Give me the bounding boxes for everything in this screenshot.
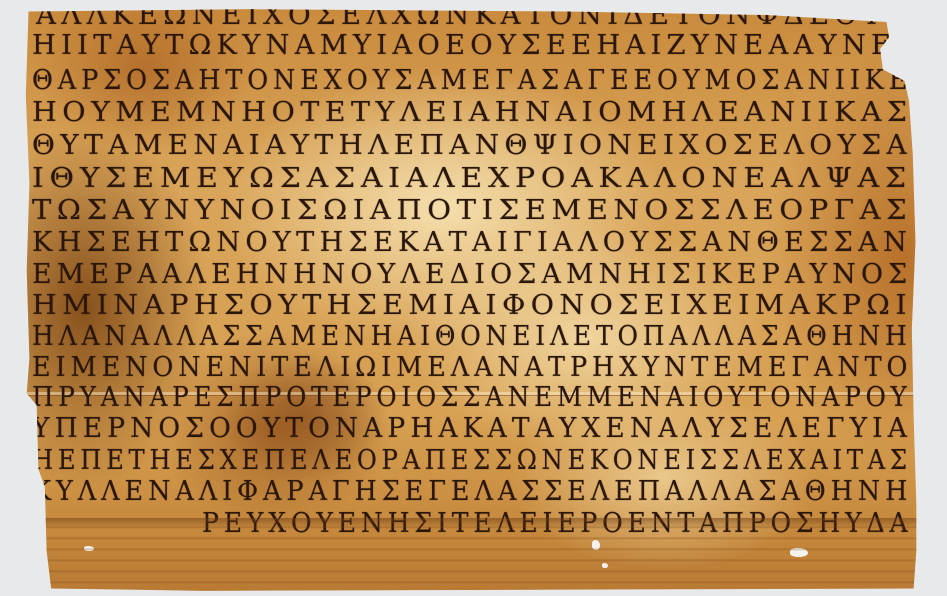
- text-line-7: ΤΩΣΑΥΝΥΝΟΙΣΩΙΑΠΟΤΙΣΕΜΕΝΟΣΣΛΕΟΡΓΑΣ: [32, 195, 912, 226]
- text-line-17: ΡΕΥΧΟΥΕΝΗΣΙΤΕΛΕΙΕΡΟΕΝΤΑΠΡΟΣΗΥΔΑ: [202, 508, 912, 539]
- text-line-6: ΙΘΥΣΕΜΕΥΩΣΑΣΑΙΑΛΕΧΡΟΑΚΑΛΟΝΕΑΛΨΑΣ: [32, 163, 912, 194]
- parchment-hole: [592, 540, 600, 550]
- text-line-15: ΗΕΠΕΤΗΕΣΧΕΠΕΛΕΟΡΑΠΕΣΣΩΝΕΚΟΝΕΙΣΣΛΕΧΑΙΤΑΣ: [32, 445, 912, 476]
- text-line-10: ΗΜΙΝΑΡΗΣΟΥΤΗΣΕΜΙΑΙΦΟΝΟΣΕΙΧΕΙΜΑΚΡΩΙ: [32, 290, 912, 321]
- text-line-13: ΠΡΥΑΝΑΡΕΣΠΡΟΤΕΡΟΙΟΣΣΑΝΕΜΜΕΝΑΙΟΥΤΟΝΑΡΟΥ: [32, 382, 912, 413]
- text-line-12: ΕΙΜΕΝΟΝΕΝΙΤΕΛΙΩΙΜΕΛΑΝΑΤΡΗΧΥΝΤΕΜΕΓΑΝΤΟ: [32, 352, 912, 383]
- text-line-9: ΕΜΕΡΑΑΛΕΗΝΗΝΟΥΛΕΔΙΟΣΑΜΝΗΙΣΙΚΕΡΑΥΝΟΣ: [32, 259, 912, 290]
- parchment-hole: [602, 563, 608, 568]
- text-line-4: ΗΟΥΜΕΜΝΗΟΤΕΤΥΛΕΙΑΗΝΑΙΟΜΗΛΕΑΝΙΙΚΑΣ: [32, 97, 912, 128]
- parchment-fragment: ΑΛΛΚΕΩΝΕΙΧΟΣΕΛΧΩΝΚΑΤΟΝΙΔΕΤΟΝΦΔΕΟΥΕ ΗΙΙΤΑ…: [24, 8, 929, 592]
- text-line-16: ΚΥΛΛΕΝΑΛΙΦΑΡΑΓΗΣΕΓΕΛΑΣΣΕΛΕΠΑΛΛΑΣΑΘΗΝΗ: [32, 476, 912, 507]
- text-line-14: ΥΠΕΡΝΟΣΟΟΥΤΟΝΑΡΗΑΚΑΤΑΥΧΕΝΑΛΥΣΕΛΕΓΥΙΑ: [32, 413, 912, 444]
- text-line-1: ΑΛΛΚΕΩΝΕΙΧΟΣΕΛΧΩΝΚΑΤΟΝΙΔΕΤΟΝΦΔΕΟΥΕ: [36, 0, 912, 31]
- text-line-3: ΘΑΡΣΟΣΑΗΤΟΝΕΧΟΥΣΑΜΕΓΑΣΑΓΕΕΟΥΜΟΣΑΝΙΙΚΕ: [32, 65, 912, 96]
- image-stage: ΑΛΛΚΕΩΝΕΙΧΟΣΕΛΧΩΝΚΑΤΟΝΙΔΕΤΟΝΦΔΕΟΥΕ ΗΙΙΤΑ…: [0, 0, 947, 596]
- text-line-5: ΘΥΤΑΜΕΝΑΙΑΥΤΗΛΕΠΑΝΘΨΙΟΝΕΙΧΟΣΕΛΟΥΣΑ: [32, 130, 912, 161]
- text-line-8: ΚΗΣΕΗΤΩΝΟΥΤΗΣΕΚΑΤΑΙΓΙΑΛΟΥΣΣΑΝΘΕΣΣΑΝ: [32, 227, 912, 258]
- parchment-hole: [790, 548, 808, 557]
- parchment-hole: [84, 546, 94, 551]
- text-line-2: ΗΙΙΤΑΥΤΩΚΥΝΑΜΥΙΑΟΕΟΥΣΕΕΗΑΙΖΥΝΕΑΑΥΝΕΙ: [32, 30, 912, 61]
- text-line-11: ΗΛΑΝΑΛΛΑΣΣΑΜΕΝΗΑΙΘΟΝΕΙΛΕΤΟΠΑΛΛΑΣΑΘΗΝΗ: [32, 321, 912, 352]
